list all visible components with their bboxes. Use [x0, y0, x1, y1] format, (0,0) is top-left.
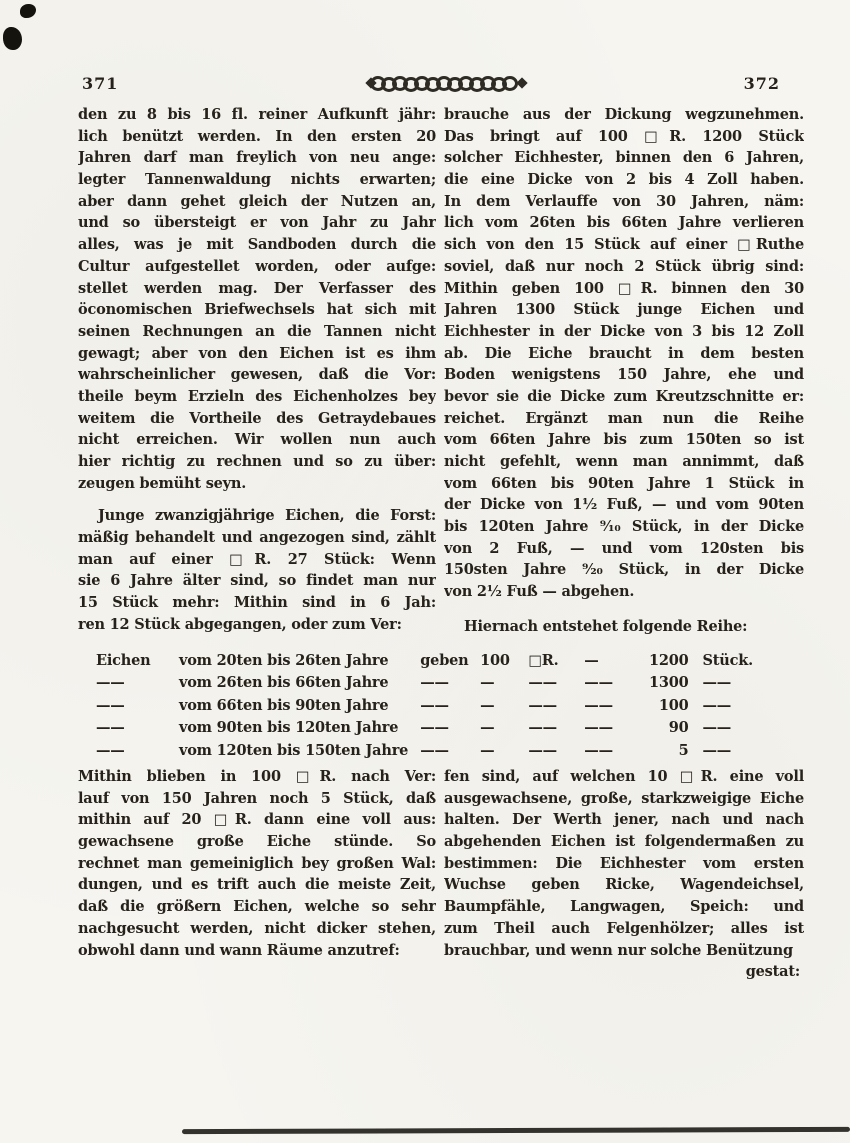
page-number-left: 371 — [82, 74, 118, 93]
text-line: alles, was je mit Sandboden durch die — [78, 234, 436, 256]
text-line: Eichhester in der Dicke von 3 bis 12 Zol… — [444, 321, 804, 343]
right-column-upper: brauche aus der Dickung wegzunehmen.Das … — [444, 104, 804, 638]
text-line: nachgesucht werden, nicht dicker stehen, — [78, 918, 436, 940]
series-cell: —— — [528, 717, 584, 739]
series-cell: —— — [92, 740, 179, 762]
series-row: —— vom 66ten bis 90ten Jahre —— — —— —— … — [92, 695, 772, 717]
text-line: soviel, daß nur noch 2 Stück übrig sind: — [444, 256, 804, 278]
series-cell: — — [480, 717, 528, 739]
text-line: theile beym Erzieln des Eichenholzes bey — [78, 386, 436, 408]
text-line: reichet. Ergänzt man nun die Reihe — [444, 408, 804, 430]
text-line: öconomischen Briefwechsels hat sich mit — [78, 299, 436, 321]
series-row: —— vom 26ten bis 66ten Jahre —— — —— —— … — [92, 672, 772, 694]
text-line: bestimmen: Die Eichhester vom ersten — [444, 853, 804, 875]
text-line: von 2 Fuß, — und vom 120sten bis — [444, 538, 804, 560]
text-line: mäßig behandelt und angezogen sind, zähl… — [78, 527, 436, 549]
text-line: Mithin geben 100 □R. binnen den 30 — [444, 278, 804, 300]
text-line: 15 Stück mehr: Mithin sind in 6 Jah: — [78, 592, 436, 614]
text-line: Baumpfähle, Langwagen, Speich: und — [444, 896, 804, 918]
series-cell: —— — [528, 695, 584, 717]
paragraph-junge-eichen: Junge zwanzigjährige Eichen, die Forst:m… — [78, 505, 436, 635]
text-line: rechnet man gemeiniglich bey großen Wal: — [78, 853, 436, 875]
text-line: ausgewachsene, große, starkzweigige Eich… — [444, 788, 804, 810]
paragraph-werth: fen sind, auf welchen 10 □R. eine vollau… — [444, 766, 804, 961]
text-line: stellet werden mag. Der Verfasser des — [78, 278, 436, 300]
text-line: der Dicke von 1½ Fuß, — und vom 90ten — [444, 494, 804, 516]
text-line: hier richtig zu rechnen und so zu über: — [78, 451, 436, 473]
text-line: mithin auf 20 □R. dann eine voll aus: — [78, 809, 436, 831]
text-line: nicht gefehlt, wenn man annimmt, daß — [444, 451, 804, 473]
series-cell: —— — [689, 740, 772, 762]
text-line: dungen, und es trift auch die meiste Zei… — [78, 874, 436, 896]
text-line: ren 12 Stück abgegangen, oder zum Ver: — [78, 614, 436, 636]
series-cell: □R. — [528, 650, 584, 672]
text-line: lich vom 26ten bis 66ten Jahre verlieren — [444, 212, 804, 234]
text-line: Jahren 1300 Stück junge Eichen und — [444, 299, 804, 321]
text-line: weitem die Vortheile des Getraydebaues — [78, 408, 436, 430]
series-cell: Eichen — [92, 650, 179, 672]
series-value: 5 — [633, 740, 689, 762]
series-cell: —— — [584, 740, 632, 762]
text-line: brauchbar, und wenn nur solche Benützung — [444, 940, 804, 962]
text-line: wahrscheinlicher gewesen, daß die Vor: — [78, 364, 436, 386]
series-row: —— vom 120ten bis 150ten Jahre —— — —— —… — [92, 740, 772, 762]
series-cell: — — [480, 740, 528, 762]
text-line: brauche aus der Dickung wegzunehmen. — [444, 104, 804, 126]
series-cell: —— — [92, 695, 179, 717]
text-line: Cultur aufgestellet worden, oder aufge: — [78, 256, 436, 278]
text-line: obwohl dann und wann Räume anzutref: — [78, 940, 436, 962]
series-cell: —— — [528, 672, 584, 694]
text-line: halten. Der Werth jener, nach und nach — [444, 809, 804, 831]
paragraph-continuation: den zu 8 bis 16 fl. reiner Aufkunft jähr… — [78, 104, 436, 494]
series-table: Eichen vom 20ten bis 26ten Jahre geben 1… — [92, 650, 772, 762]
text-line: nicht erreichen. Wir wollen nun auch — [78, 429, 436, 451]
text-line: sich von den 15 Stück auf einer □Ruthe — [444, 234, 804, 256]
series-cell: —— — [528, 740, 584, 762]
text-line: ab. Die Eiche braucht in dem besten — [444, 343, 804, 365]
page-header: 371 372 — [82, 70, 780, 96]
text-line: lich benützt werden. In den ersten 20 — [78, 126, 436, 148]
text-line: aber dann gehet gleich der Nutzen an, — [78, 191, 436, 213]
series-row: —— vom 90ten bis 120ten Jahre —— — —— ——… — [92, 717, 772, 739]
series-cell: — — [584, 650, 632, 672]
series-intro-line: Hiernach entstehet folgende Reihe: — [444, 616, 804, 638]
series-cell: —— — [689, 695, 772, 717]
series-cell: —— — [689, 672, 772, 694]
series-value: 100 — [633, 695, 689, 717]
text-line: gewachsene große Eiche stünde. So — [78, 831, 436, 853]
text-line: gewagt; aber von den Eichen ist es ihm — [78, 343, 436, 365]
text-line: Boden wenigstens 150 Jahre, ehe und — [444, 364, 804, 386]
left-column-lower: Mithin blieben in 100 □R. nach Ver:lauf … — [78, 766, 436, 961]
text-line: und so übersteigt er von Jahr zu Jahr — [78, 212, 436, 234]
text-line: sie 6 Jahre älter sind, so findet man nu… — [78, 570, 436, 592]
series-value: 1300 — [633, 672, 689, 694]
text-line: bis 120ten Jahre ⁹⁄₁₀ Stück, in der Dick… — [444, 516, 804, 538]
scan-artifact-bottom-edge — [182, 1127, 850, 1134]
series-cell: vom 26ten bis 66ten Jahre — [179, 672, 420, 694]
text-line: bevor sie die Dicke zum Kreutzschnitte e… — [444, 386, 804, 408]
text-line: In dem Verlauffe von 30 Jahren, näm: — [444, 191, 804, 213]
series-cell: vom 66ten bis 90ten Jahre — [179, 695, 420, 717]
paragraph-dickung: brauche aus der Dickung wegzunehmen.Das … — [444, 104, 804, 603]
book-page-scan: 371 372 den zu 8 bis 16 fl. reiner Aufku… — [0, 0, 850, 1143]
series-cell: Stück. — [689, 650, 772, 672]
text-line: Jahren darf man freylich von neu ange: — [78, 147, 436, 169]
right-column-lower: fen sind, auf welchen 10 □R. eine vollau… — [444, 766, 804, 983]
series-cell: —— — [92, 717, 179, 739]
series-cell: —— — [584, 672, 632, 694]
text-line: fen sind, auf welchen 10 □R. eine voll — [444, 766, 804, 788]
text-line: vom 66ten Jahre bis zum 150ten so ist — [444, 429, 804, 451]
series-value: 90 — [633, 717, 689, 739]
series-cell: vom 20ten bis 26ten Jahre — [179, 650, 420, 672]
series-cell: — — [480, 672, 528, 694]
text-line: lauf von 150 Jahren noch 5 Stück, daß — [78, 788, 436, 810]
series-cell: —— — [420, 695, 480, 717]
text-line: die eine Dicke von 2 bis 4 Zoll haben. — [444, 169, 804, 191]
series-cell: —— — [584, 717, 632, 739]
text-line: 150sten Jahre ⁹⁄₂₀ Stück, in der Dicke — [444, 559, 804, 581]
series-cell: — — [480, 695, 528, 717]
series-row: Eichen vom 20ten bis 26ten Jahre geben 1… — [92, 650, 772, 672]
series-cell: vom 90ten bis 120ten Jahre — [179, 717, 420, 739]
series-cell: 100 — [480, 650, 528, 672]
text-line: Wuchse geben Ricke, Wagendeichsel, — [444, 874, 804, 896]
series-cell: vom 120ten bis 150ten Jahre — [179, 740, 420, 762]
series-cell: —— — [584, 695, 632, 717]
scan-artifact-blob — [3, 27, 22, 50]
text-line: Junge zwanzigjährige Eichen, die Forst: — [78, 505, 436, 527]
scan-artifact-blob — [20, 4, 36, 18]
text-line: seinen Rechnungen an die Tannen nicht — [78, 321, 436, 343]
page-number-right: 372 — [744, 74, 780, 93]
series-cell: —— — [420, 717, 480, 739]
text-line: den zu 8 bis 16 fl. reiner Aufkunft jähr… — [78, 104, 436, 126]
text-line: zum Theil auch Felgenhölzer; alles ist — [444, 918, 804, 940]
series-cell: —— — [92, 672, 179, 694]
text-line: Das bringt auf 100 □R. 1200 Stück — [444, 126, 804, 148]
series-cell: geben — [420, 650, 480, 672]
text-line: vom 66ten bis 90ten Jahre 1 Stück in — [444, 473, 804, 495]
paragraph-mithin-blieben: Mithin blieben in 100 □R. nach Ver:lauf … — [78, 766, 436, 961]
series-cell: —— — [689, 717, 772, 739]
series-cell: —— — [420, 672, 480, 694]
text-line: daß die größern Eichen, welche so sehr — [78, 896, 436, 918]
text-line: von 2½ Fuß — abgehen. — [444, 581, 804, 603]
text-line: legter Tannenwaldung nichts erwarten; — [78, 169, 436, 191]
left-column-upper: den zu 8 bis 16 fl. reiner Aufkunft jähr… — [78, 104, 436, 636]
text-line: abgehenden Eichen ist folgendermaßen zu — [444, 831, 804, 853]
text-line: man auf einer □R. 27 Stück: Wenn — [78, 549, 436, 571]
text-line: zeugen bemüht seyn. — [78, 473, 436, 495]
header-ornament-chain-icon — [367, 76, 526, 91]
catchword: gestat: — [444, 961, 804, 983]
text-line: solcher Eichhester, binnen den 6 Jahren, — [444, 147, 804, 169]
series-value: 1200 — [633, 650, 689, 672]
text-line: Mithin blieben in 100 □R. nach Ver: — [78, 766, 436, 788]
series-cell: —— — [420, 740, 480, 762]
